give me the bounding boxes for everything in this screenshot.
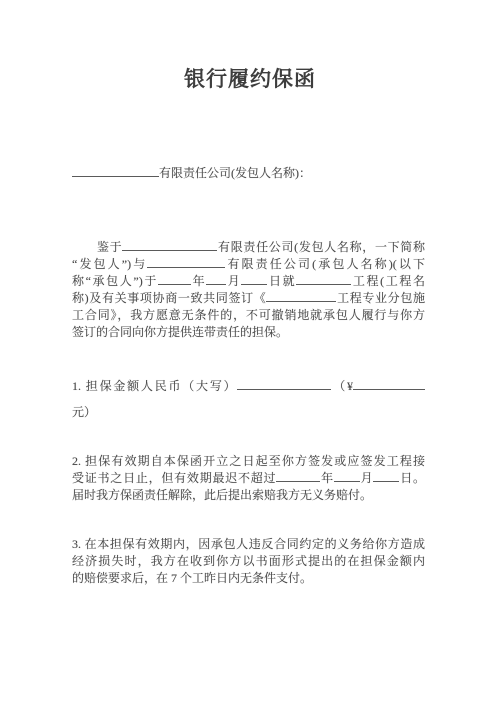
- text-segment: 鉴于: [97, 240, 122, 254]
- text-segment: 日就: [267, 274, 296, 288]
- clause-1: 1. 担保金额人民币（大写）（¥元）: [72, 373, 425, 425]
- blank-underline-field: [72, 165, 159, 177]
- blank-underline-field: [147, 256, 225, 268]
- text-line: 1. 担保金额人民币（大写）（¥: [72, 373, 425, 399]
- text-segment: 3. 在本担保有效期内，因承包人违反合同约定的义务给你方造成: [72, 537, 425, 551]
- text-segment: “发包人”)与: [72, 257, 147, 271]
- blank-underline-field: [206, 273, 226, 285]
- text-line: 届时我方保函责任解除，此后提出索赔我方无义务赔付。: [72, 487, 425, 504]
- text-segment: 1. 担保金额人民币（大写）: [72, 379, 237, 393]
- blank-underline-field: [353, 378, 425, 390]
- blank-underline-field: [334, 470, 360, 482]
- text-segment: 工程专业分包施: [336, 291, 425, 305]
- text-segment: 年: [191, 274, 206, 288]
- blank-underline-field: [373, 470, 399, 482]
- text-segment: 工合同》，我方愿意无条件的，不可撤销地就承包人履行与你方: [72, 308, 425, 322]
- text-segment: 的赔偿要求后，在 7 个工昨日内无条件支付。: [72, 571, 312, 585]
- text-segment: 有限责任公司(发包人名称，一下简称: [217, 240, 425, 254]
- text-segment: 日。: [399, 471, 425, 485]
- text-segment: 2. 担保有效期自本保函开立之日起至你方签发或应签发工程接: [72, 454, 425, 468]
- text-segment: 签订的合同向你方提供连带责任的担保。: [72, 325, 288, 339]
- addressee-line: 有限责任公司(发包人名称)：: [72, 164, 425, 182]
- blank-underline-field: [241, 273, 267, 285]
- text-line: 经济损失时，我方在收到你方以书面形式提出的在担保金额内: [72, 553, 425, 570]
- text-line: 有限责任公司(发包人名称)：: [72, 164, 425, 182]
- document-page: 银行履约保函 有限责任公司(发包人名称)：鉴于有限责任公司(发包人名称，一下简称…: [0, 0, 500, 708]
- text-line: 称)及有关事项协商一致共同签订《工程专业分包施: [72, 290, 425, 307]
- text-segment: 届时我方保函责任解除，此后提出索赔我方无义务赔付。: [72, 488, 372, 502]
- text-line: 元）: [72, 399, 425, 425]
- text-line: 3. 在本担保有效期内，因承包人违反合同约定的义务给你方造成: [72, 536, 425, 553]
- blank-underline-field: [237, 378, 331, 390]
- blank-underline-field: [276, 470, 320, 482]
- text-segment: 有限责任公司(发包人名称)：: [159, 166, 311, 180]
- text-line: 的赔偿要求后，在 7 个工昨日内无条件支付。: [72, 570, 425, 587]
- text-line: 受证书之日止，但有效期最迟不超过年月日。: [72, 470, 425, 487]
- document-body: 有限责任公司(发包人名称)：鉴于有限责任公司(发包人名称，一下简称“发包人”)与…: [0, 164, 500, 587]
- text-line: 工合同》，我方愿意无条件的，不可撤销地就承包人履行与你方: [72, 307, 425, 324]
- blank-underline-field: [296, 273, 351, 285]
- clause-2: 2. 担保有效期自本保函开立之日起至你方签发或应签发工程接受证书之日止，但有效期…: [72, 453, 425, 504]
- recital-paragraph: 鉴于有限责任公司(发包人名称，一下简称“发包人”)与有限责任公司(承包人名称)(…: [72, 239, 425, 341]
- text-segment: 月: [226, 274, 241, 288]
- blank-underline-field: [158, 273, 191, 285]
- text-line: 称“承包人”)于年月日就工程(工程名: [72, 273, 425, 290]
- document-title: 银行履约保函: [0, 64, 500, 94]
- text-segment: 月: [360, 471, 374, 485]
- text-segment: 称)及有关事项协商一致共同签订《: [72, 291, 266, 305]
- text-line: 2. 担保有效期自本保函开立之日起至你方签发或应签发工程接: [72, 453, 425, 470]
- text-segment: 受证书之日止，但有效期最迟不超过: [72, 471, 276, 485]
- text-segment: （¥: [331, 379, 353, 393]
- text-segment: 年: [320, 471, 334, 485]
- text-line: 鉴于有限责任公司(发包人名称，一下简称: [72, 239, 425, 256]
- clause-3: 3. 在本担保有效期内，因承包人违反合同约定的义务给你方造成经济损失时，我方在收…: [72, 536, 425, 587]
- text-segment: 称“承包人”)于: [72, 274, 158, 288]
- text-segment: 元）: [72, 405, 96, 419]
- text-segment: 有限责任公司(承包人名称)(以下: [225, 257, 425, 271]
- text-line: “发包人”)与有限责任公司(承包人名称)(以下: [72, 256, 425, 273]
- text-segment: 经济损失时，我方在收到你方以书面形式提出的在担保金额内: [72, 554, 425, 568]
- blank-underline-field: [266, 290, 336, 302]
- blank-underline-field: [122, 239, 217, 251]
- text-segment: 工程(工程名: [351, 274, 425, 288]
- text-line: 签订的合同向你方提供连带责任的担保。: [72, 324, 425, 341]
